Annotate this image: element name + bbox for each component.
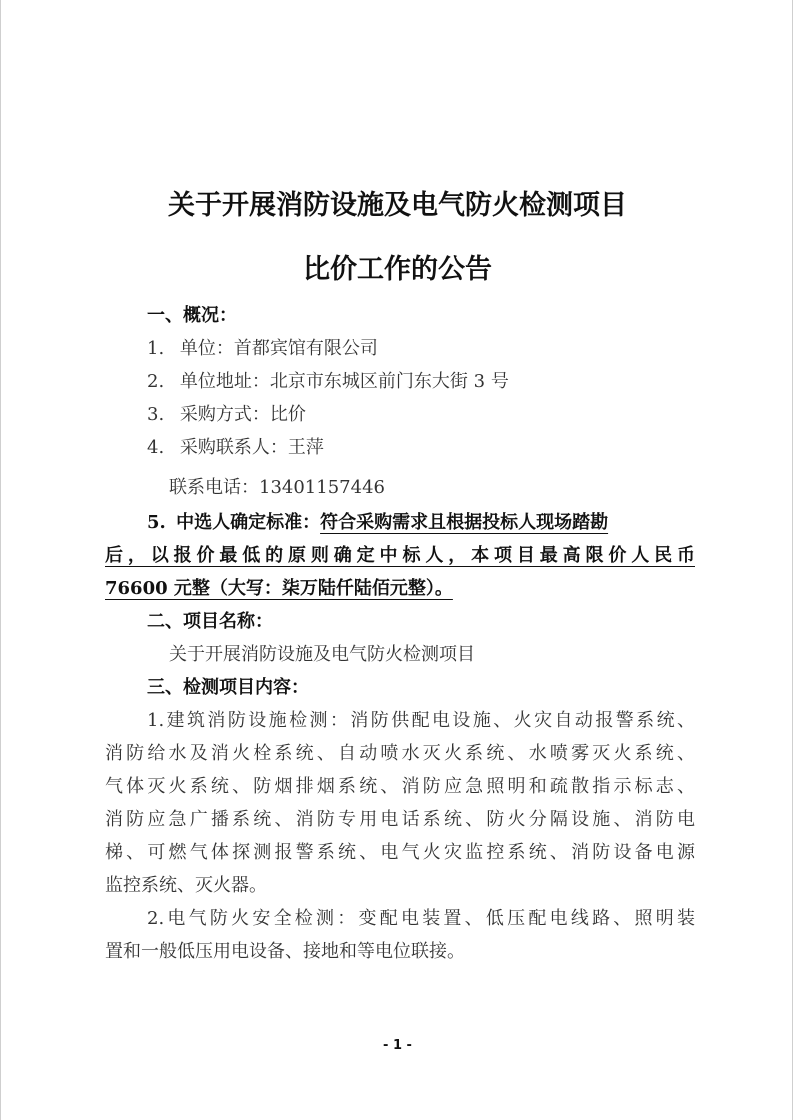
item-text: 采购方式：比价 (180, 404, 306, 425)
item-text: 单位地址：北京市东城区前门东大街 3 号 (180, 371, 509, 392)
selection-criteria-line1: 5. 中选人确定标准：符合采购需求且根据投标人现场踏勘 (147, 511, 608, 535)
section1-item-1: 1. 单位：首都宾馆有限公司 (147, 337, 378, 361)
document-title-line2: 比价工作的公告 (1, 247, 793, 286)
electrical-fire-safety-line2: 置和一般低压用电设备、接地和等电位联接。 (105, 940, 465, 964)
section1-item-2: 2. 单位地址：北京市东城区前门东大街 3 号 (147, 370, 509, 394)
building-fire-facilities-line4: 消防应急广播系统、消防专用电话系统、防火分隔设施、消防电 (105, 808, 695, 832)
building-fire-facilities-line3: 气体灭火系统、防烟排烟系统、消防应急照明和疏散指示标志、 (105, 775, 695, 799)
selection-criteria-line2: 后，以报价最低的原则确定中标人，本项目最高限价人民币 (105, 544, 695, 568)
selection-criteria-line3: 76600 元整（大写：柒万陆仟陆佰元整）。 (105, 577, 465, 601)
item-text: 单位：首都宾馆有限公司 (180, 338, 378, 359)
building-fire-facilities-line1: 1.建筑消防设施检测：消防供配电设施、火灾自动报警系统、 (147, 709, 695, 733)
item-number: 4. (147, 437, 164, 458)
section1-item-3: 3. 采购方式：比价 (147, 403, 306, 427)
building-fire-facilities-line5: 梯、可燃气体探测报警系统、电气火灾监控系统、消防设备电源 (105, 841, 695, 865)
project-name: 关于开展消防设施及电气防火检测项目 (169, 643, 475, 667)
item-number: 2. (147, 371, 164, 392)
building-fire-facilities-line6: 监控系统、灭火器。 (105, 874, 267, 898)
item-number: 3. (147, 404, 164, 425)
contact-phone: 联系电话：13401157446 (169, 476, 385, 500)
electrical-fire-safety-line1: 2.电气防火安全检测：变配电装置、低压配电线路、照明装 (147, 907, 695, 931)
criteria-label: 中选人确定标准： (176, 512, 320, 533)
document-title-line1: 关于开展消防设施及电气防火检测项目 (1, 183, 793, 222)
section3-heading: 三、检测项目内容： (147, 676, 309, 700)
max-price-text: 76600 元整（大写：柒万陆仟陆佰元整）。 (105, 578, 465, 599)
document-page: 关于开展消防设施及电气防火检测项目 比价工作的公告 一、概况： 1. 单位：首都… (0, 0, 793, 1120)
section2-heading: 二、项目名称： (147, 610, 273, 634)
page-number: - 1 - (1, 1038, 793, 1053)
building-fire-facilities-line2: 消防给水及消火栓系统、自动喷水灭火系统、水喷雾灭火系统、 (105, 742, 695, 766)
item-number: 1. (147, 338, 164, 359)
criteria-text: 符合采购需求且根据投标人现场踏勘 (320, 512, 608, 533)
section1-heading: 一、概况： (147, 304, 237, 328)
section1-item-4: 4. 采购联系人：王萍 (147, 436, 324, 460)
item-text: 采购联系人：王萍 (180, 437, 324, 458)
criteria-number: 5. (147, 512, 166, 533)
